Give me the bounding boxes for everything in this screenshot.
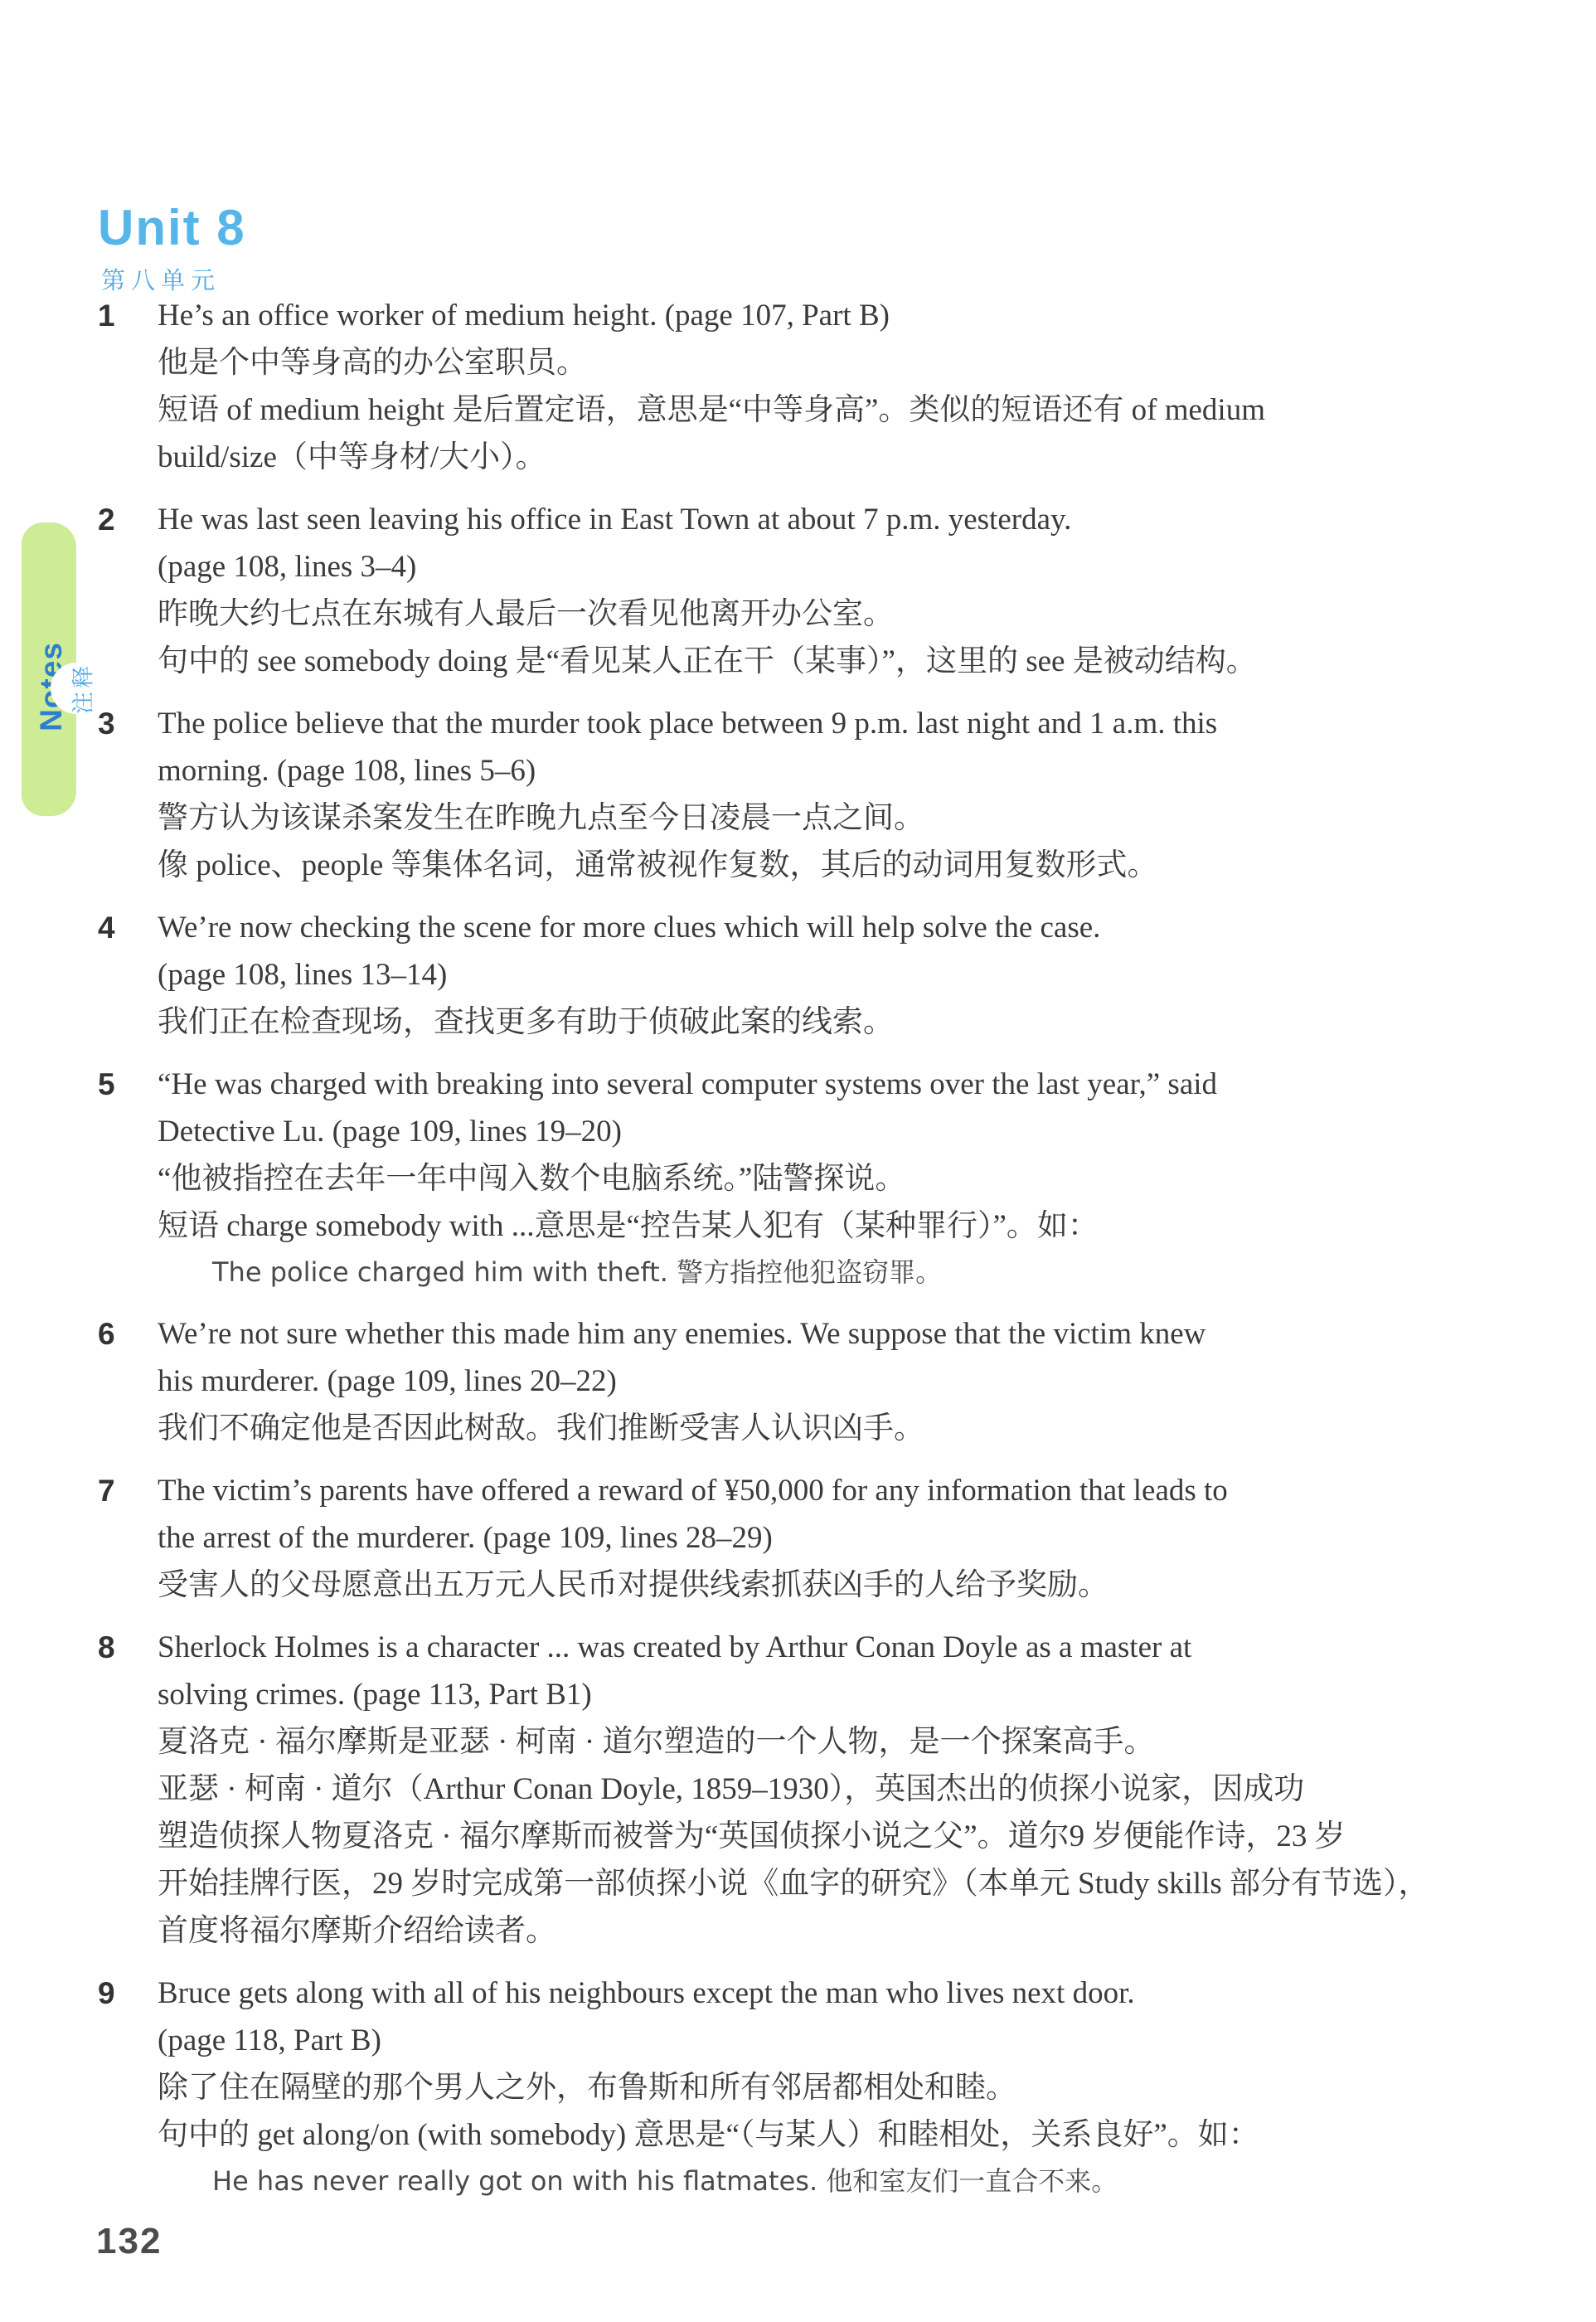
text-line: 塑造侦探人物夏洛克 · 福尔摩斯而被誉为“英国侦探小说之父”。道尔9 岁便能作诗…	[158, 1813, 1557, 1860]
text-line: He’s an office worker of medium height. …	[158, 292, 1557, 339]
item-content: The police believe that the murder took …	[158, 700, 1557, 889]
text-line: 开始挂牌行医，29 岁时完成第一部侦探小说《血字的研究》（本单元 Study s…	[158, 1860, 1557, 1907]
page-number: 132	[96, 2221, 162, 2262]
item-number: 2	[98, 496, 158, 685]
item-content: The victim’s parents have offered a rewa…	[158, 1467, 1557, 1609]
text-line: 我们正在检查现场，查找更多有助于侦破此案的线索。	[158, 998, 1557, 1046]
text-line: morning. (page 108, lines 5–6)	[158, 747, 1557, 794]
text-line: build/size（中等身材/大小）。	[158, 434, 1557, 481]
note-item-2: 2 He was last seen leaving his office in…	[98, 496, 1557, 685]
item-number: 5	[98, 1061, 158, 1295]
text-line: “他被指控在去年一年中闯入数个电脑系统。”陆警探说。	[158, 1155, 1557, 1202]
item-content: He was last seen leaving his office in E…	[158, 496, 1557, 685]
text-line: 受害人的父母愿意出五万元人民币对提供线索抓获凶手的人给予奖励。	[158, 1562, 1557, 1609]
text-line: 警方认为该谋杀案发生在昨晚九点至今日凌晨一点之间。	[158, 794, 1557, 842]
text-line: Bruce gets along with all of his neighbo…	[158, 1970, 1557, 2017]
page-title: Unit 8	[98, 199, 246, 256]
text-line: 夏洛克 · 福尔摩斯是亚瑟 · 柯南 · 道尔塑造的一个人物，是一个探案高手。	[158, 1718, 1557, 1766]
item-content: “He was charged with breaking into sever…	[158, 1061, 1557, 1295]
text-line: We’re not sure whether this made him any…	[158, 1310, 1557, 1358]
item-number: 9	[98, 1970, 158, 2204]
item-number: 8	[98, 1624, 158, 1955]
item-content: We’re not sure whether this made him any…	[158, 1310, 1557, 1452]
text-line: 短语 of medium height 是后置定语，意思是“中等身高”。类似的短…	[158, 386, 1557, 434]
text-line: 亚瑟 · 柯南 · 道尔（Arthur Conan Doyle, 1859–19…	[158, 1766, 1557, 1813]
item-content: Sherlock Holmes is a character ... was c…	[158, 1624, 1557, 1955]
notes-list: 1 He’s an office worker of medium height…	[98, 292, 1557, 2219]
text-line: The victim’s parents have offered a rewa…	[158, 1467, 1557, 1514]
text-line: 像 police、people 等集体名词，通常被视作复数，其后的动词用复数形式…	[158, 842, 1557, 889]
text-line: The police believe that the murder took …	[158, 700, 1557, 747]
text-line: solving crimes. (page 113, Part B1)	[158, 1671, 1557, 1718]
text-line: 除了住在隔壁的那个男人之外，布鲁斯和所有邻居都相处和睦。	[158, 2064, 1557, 2111]
notes-tab-label-cn: 注释	[65, 663, 98, 714]
note-item-6: 6 We’re not sure whether this made him a…	[98, 1310, 1557, 1452]
text-line: 他是个中等身高的办公室职员。	[158, 339, 1557, 386]
text-line: his murderer. (page 109, lines 20–22)	[158, 1358, 1557, 1405]
note-item-9: 9 Bruce gets along with all of his neigh…	[98, 1970, 1557, 2204]
text-line: He was last seen leaving his office in E…	[158, 496, 1557, 543]
item-number: 6	[98, 1310, 158, 1452]
item-number: 7	[98, 1467, 158, 1609]
text-line: 我们不确定他是否因此树敌。我们推断受害人认识凶手。	[158, 1405, 1557, 1452]
item-content: We’re now checking the scene for more cl…	[158, 904, 1557, 1046]
text-line: 首度将福尔摩斯介绍给读者。	[158, 1907, 1557, 1955]
example-sentence: He has never really got on with his flat…	[158, 2159, 1557, 2204]
item-content: He’s an office worker of medium height. …	[158, 292, 1557, 481]
item-number: 1	[98, 292, 158, 481]
text-line: (page 108, lines 3–4)	[158, 543, 1557, 590]
note-item-1: 1 He’s an office worker of medium height…	[98, 292, 1557, 481]
note-item-5: 5 “He was charged with breaking into sev…	[98, 1061, 1557, 1295]
item-number: 4	[98, 904, 158, 1046]
item-content: Bruce gets along with all of his neighbo…	[158, 1970, 1557, 2204]
text-line: (page 108, lines 13–14)	[158, 951, 1557, 998]
page-subtitle: 第八单元	[101, 262, 221, 296]
note-item-4: 4 We’re now checking the scene for more …	[98, 904, 1557, 1046]
note-item-8: 8 Sherlock Holmes is a character ... was…	[98, 1624, 1557, 1955]
text-line: Detective Lu. (page 109, lines 19–20)	[158, 1108, 1557, 1155]
text-line: 句中的 get along/on (with somebody) 意思是“（与某…	[158, 2111, 1557, 2159]
text-line: We’re now checking the scene for more cl…	[158, 904, 1557, 951]
note-item-7: 7 The victim’s parents have offered a re…	[98, 1467, 1557, 1609]
text-line: 短语 charge somebody with ...意思是“控告某人犯有（某种…	[158, 1202, 1557, 1250]
notes-tab: Notes 注释	[22, 522, 76, 816]
text-line: “He was charged with breaking into sever…	[158, 1061, 1557, 1108]
note-item-3: 3 The police believe that the murder too…	[98, 700, 1557, 889]
example-sentence: The police charged him with theft. 警方指控他…	[158, 1250, 1557, 1295]
text-line: the arrest of the murderer. (page 109, l…	[158, 1514, 1557, 1562]
text-line: 昨晚大约七点在东城有人最后一次看见他离开办公室。	[158, 590, 1557, 638]
item-number: 3	[98, 700, 158, 889]
text-line: Sherlock Holmes is a character ... was c…	[158, 1624, 1557, 1671]
text-line: 句中的 see somebody doing 是“看见某人正在干（某事）”，这里…	[158, 638, 1557, 685]
text-line: (page 118, Part B)	[158, 2017, 1557, 2064]
